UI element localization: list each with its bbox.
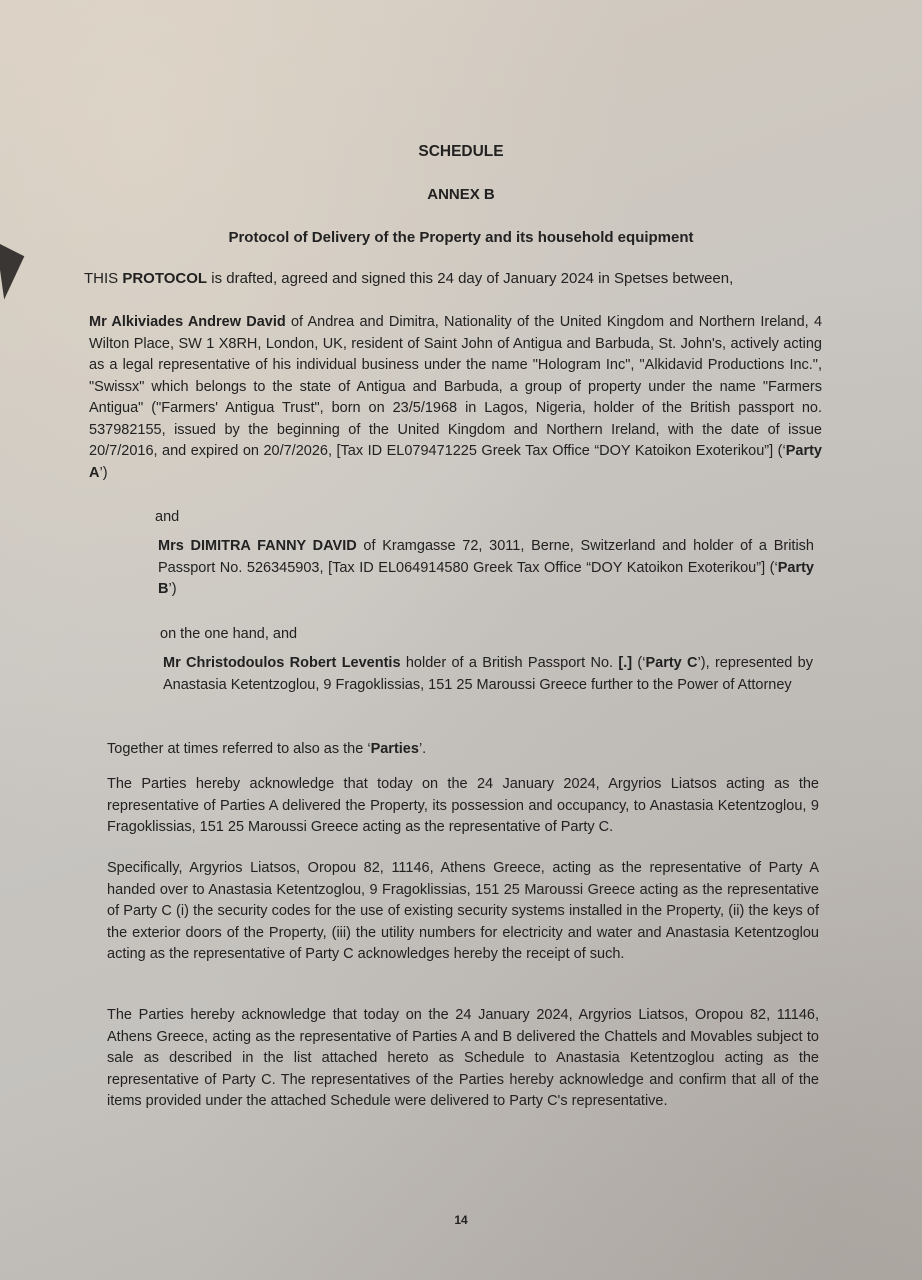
party-c-label: Party C (645, 655, 697, 671)
intro-bold: PROTOCOL (122, 270, 207, 287)
party-a-text: of Andrea and Dimitra, Nationality of th… (89, 314, 822, 459)
delivery-paragraph-1: The Parties hereby acknowledge that toda… (107, 774, 819, 839)
party-a-name: Mr Alkiviades Andrew David (89, 314, 286, 330)
party-b-name: Mrs DIMITRA FANNY DAVID (158, 538, 357, 554)
party-b-paragraph: Mrs DIMITRA FANNY DAVID of Kramgasse 72,… (158, 536, 814, 601)
party-c-passport: [.] (618, 655, 632, 671)
together-text: Together at times referred to also as th… (107, 741, 371, 757)
page-number: 14 (0, 1210, 922, 1232)
together-paragraph: Together at times referred to also as th… (107, 739, 807, 761)
heading-schedule: SCHEDULE (0, 141, 922, 163)
document-title: Protocol of Delivery of the Property and… (0, 227, 922, 249)
delivery-paragraph-2: Specifically, Argyrios Liatsos, Oropou 8… (107, 858, 819, 966)
together-close: ’. (419, 741, 426, 757)
party-a-close: ’) (99, 465, 107, 481)
delivery-paragraph-3: The Parties hereby acknowledge that toda… (107, 1005, 819, 1113)
party-c-text: holder of a British Passport No. (401, 655, 619, 671)
party-c-paragraph: Mr Christodoulos Robert Leventis holder … (163, 653, 813, 696)
heading-annex: ANNEX B (0, 184, 922, 206)
party-c-name: Mr Christodoulos Robert Leventis (163, 655, 401, 671)
party-c-text2: (‘ (632, 655, 645, 671)
intro-rest: is drafted, agreed and signed this 24 da… (207, 270, 733, 287)
one-hand-connector: on the one hand, and (160, 624, 816, 646)
intro-paragraph: THIS PROTOCOL is drafted, agreed and sig… (84, 268, 824, 290)
together-label: Parties (371, 741, 419, 757)
and-connector: and (155, 507, 815, 529)
intro-prefix: THIS (84, 270, 122, 287)
party-b-close: ’) (168, 581, 176, 597)
party-a-paragraph: Mr Alkiviades Andrew David of Andrea and… (89, 312, 822, 484)
document-page: SCHEDULE ANNEX B Protocol of Delivery of… (0, 0, 922, 1280)
